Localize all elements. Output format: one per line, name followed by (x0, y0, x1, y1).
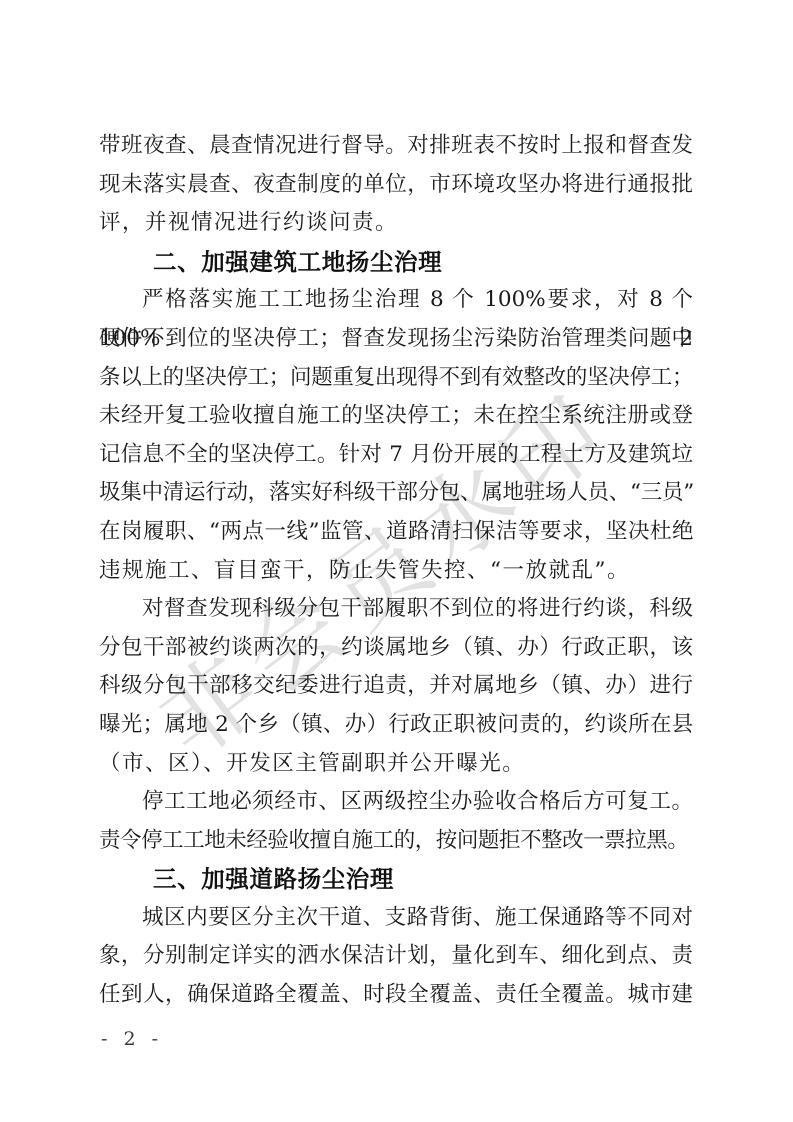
text-line: 责令停工工地未经验收擅自施工的，按问题拒不整改一票拉黑。 (99, 822, 693, 861)
text-line: 分包干部被约谈两次的，约谈属地乡（镇、办）行政正职，该 (99, 629, 693, 668)
text-line: 停工工地必须经市、区两级控尘办验收合格后方可复工。 (99, 783, 693, 822)
section-heading: 二、加强建筑工地扬尘治理 (99, 243, 693, 282)
text-line: 违规施工、盲目蛮干，防止失管失控、“一放就乱”。 (99, 552, 693, 591)
text-line: 科级分包干部移交纪委进行追责，并对属地乡（镇、办）进行 (99, 667, 693, 706)
text-line: 评，并视情况进行约谈问责。 (99, 204, 693, 243)
document-page: 非会员水印 带班夜查、晨查情况进行督导。对排班表不按时上报和督查发现未落实晨查、… (0, 0, 793, 1122)
text-line: 城区内要区分主次干道、支路背街、施工保通路等不同对 (99, 899, 693, 938)
text-line: 条以上的坚决停工；问题重复出现得不到有效整改的坚决停工； (99, 359, 693, 398)
text-line: 记信息不全的坚决停工。针对 7 月份开展的工程土方及建筑垃 (99, 436, 693, 475)
text-line: 任到人，确保道路全覆盖、时段全覆盖、责任全覆盖。城市建 (99, 976, 693, 1015)
text-line: 严格落实施工工地扬尘治理 8 个 100%要求，对 8 个 100%中 (99, 281, 693, 320)
text-line: 硬件不到位的坚决停工；督查发现扬尘污染防治管理类问题 2 (99, 320, 693, 359)
section-heading: 三、加强道路扬尘治理 (99, 860, 693, 899)
page-number: - 2 - (101, 1028, 163, 1050)
text-line: 带班夜查、晨查情况进行督导。对排班表不按时上报和督查发 (99, 127, 693, 166)
paragraph: 停工工地必须经市、区两级控尘办验收合格后方可复工。责令停工工地未经验收擅自施工的… (99, 783, 693, 860)
text-line: （市、区）、开发区主管副职并公开曝光。 (99, 745, 693, 784)
paragraph: 对督查发现科级分包干部履职不到位的将进行约谈，科级分包干部被约谈两次的，约谈属地… (99, 590, 693, 783)
text-line: 现未落实晨查、夜查制度的单位，市环境攻坚办将进行通报批 (99, 166, 693, 205)
document-body: 带班夜查、晨查情况进行督导。对排班表不按时上报和督查发现未落实晨查、夜查制度的单… (99, 127, 693, 1015)
text-line: 曝光；属地 2 个乡（镇、办）行政正职被问责的，约谈所在县 (99, 706, 693, 745)
paragraph: 带班夜查、晨查情况进行督导。对排班表不按时上报和督查发现未落实晨查、夜查制度的单… (99, 127, 693, 243)
text-line: 在岗履职、“两点一线”监管、道路清扫保洁等要求，坚决杜绝 (99, 513, 693, 552)
text-line: 圾集中清运行动，落实好科级干部分包、属地驻场人员、“三员” (99, 474, 693, 513)
text-line: 象，分别制定详实的洒水保洁计划，量化到车、细化到点、责 (99, 937, 693, 976)
text-line: 对督查发现科级分包干部履职不到位的将进行约谈，科级 (99, 590, 693, 629)
paragraph: 严格落实施工工地扬尘治理 8 个 100%要求，对 8 个 100%中硬件不到位… (99, 281, 693, 590)
paragraph: 城区内要区分主次干道、支路背街、施工保通路等不同对象，分别制定详实的洒水保洁计划… (99, 899, 693, 1015)
text-line: 未经开复工验收擅自施工的坚决停工；未在控尘系统注册或登 (99, 397, 693, 436)
